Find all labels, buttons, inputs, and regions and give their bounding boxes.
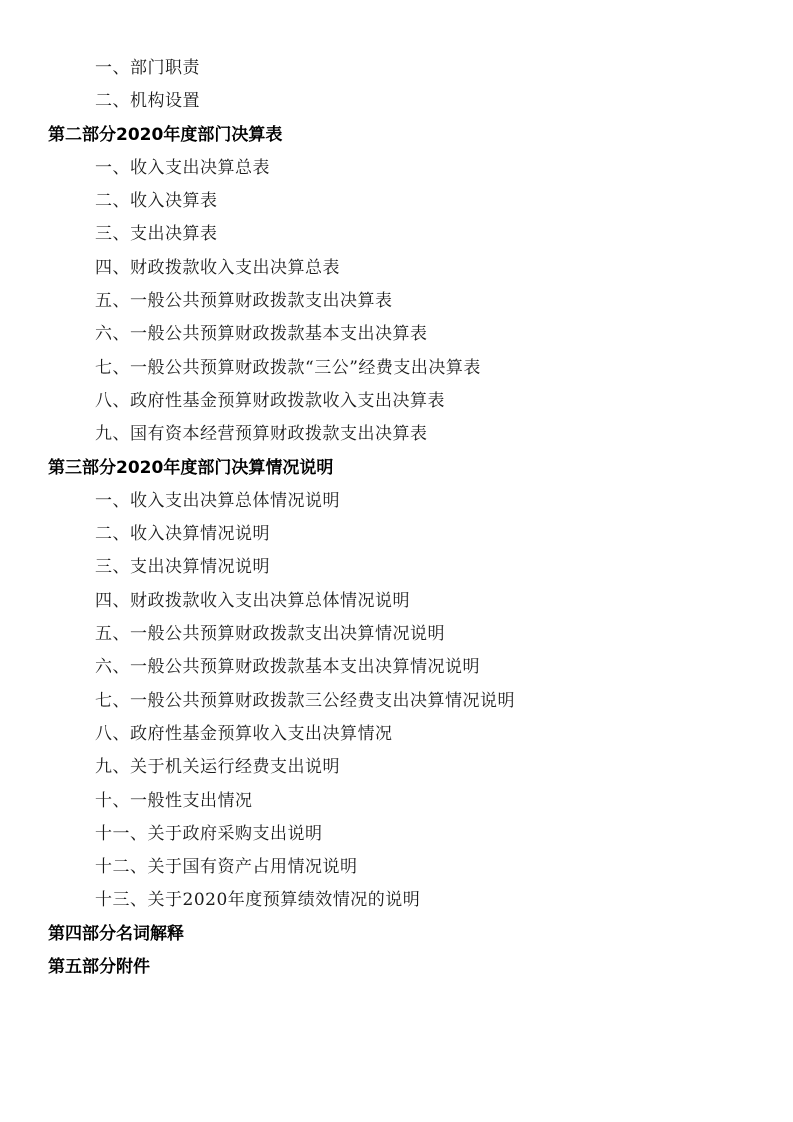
toc-item: 三、支出决算表: [0, 218, 793, 251]
toc-item: 四、财政拨款收入支出决算总表: [0, 252, 793, 285]
toc-item: 五、一般公共预算财政拨款支出决算表: [0, 285, 793, 318]
toc-heading-part-two: 第二部分2020年度部门决算表: [0, 119, 793, 152]
toc-heading-part-five: 第五部分附件: [0, 951, 793, 984]
table-of-contents: 一、部门职责 二、机构设置 第二部分2020年度部门决算表 一、收入支出决算总表…: [0, 52, 793, 984]
toc-item: 七、一般公共预算财政拨款三公经费支出决算情况说明: [0, 685, 793, 718]
toc-item: 八、政府性基金预算财政拨款收入支出决算表: [0, 385, 793, 418]
toc-item: 五、一般公共预算财政拨款支出决算情况说明: [0, 618, 793, 651]
toc-item-organization-setup: 二、机构设置: [0, 85, 793, 118]
toc-item: 六、一般公共预算财政拨款基本支出决算表: [0, 318, 793, 351]
toc-item: 六、一般公共预算财政拨款基本支出决算情况说明: [0, 651, 793, 684]
toc-item: 七、一般公共预算财政拨款“三公”经费支出决算表: [0, 352, 793, 385]
toc-item: 十一、关于政府采购支出说明: [0, 818, 793, 851]
toc-heading-part-three: 第三部分2020年度部门决算情况说明: [0, 452, 793, 485]
toc-item: 九、国有资本经营预算财政拨款支出决算表: [0, 418, 793, 451]
toc-item-department-duties: 一、部门职责: [0, 52, 793, 85]
toc-item: 三、支出决算情况说明: [0, 551, 793, 584]
toc-item: 二、收入决算情况说明: [0, 518, 793, 551]
toc-item: 九、关于机关运行经费支出说明: [0, 751, 793, 784]
toc-item: 一、收入支出决算总体情况说明: [0, 485, 793, 518]
toc-item: 十二、关于国有资产占用情况说明: [0, 851, 793, 884]
toc-item: 二、收入决算表: [0, 185, 793, 218]
toc-item: 十、一般性支出情况: [0, 785, 793, 818]
toc-item: 一、收入支出决算总表: [0, 152, 793, 185]
toc-heading-part-four: 第四部分名词解释: [0, 918, 793, 951]
toc-item: 十三、关于2020年度预算绩效情况的说明: [0, 884, 793, 917]
toc-item: 四、财政拨款收入支出决算总体情况说明: [0, 585, 793, 618]
toc-item: 八、政府性基金预算收入支出决算情况: [0, 718, 793, 751]
